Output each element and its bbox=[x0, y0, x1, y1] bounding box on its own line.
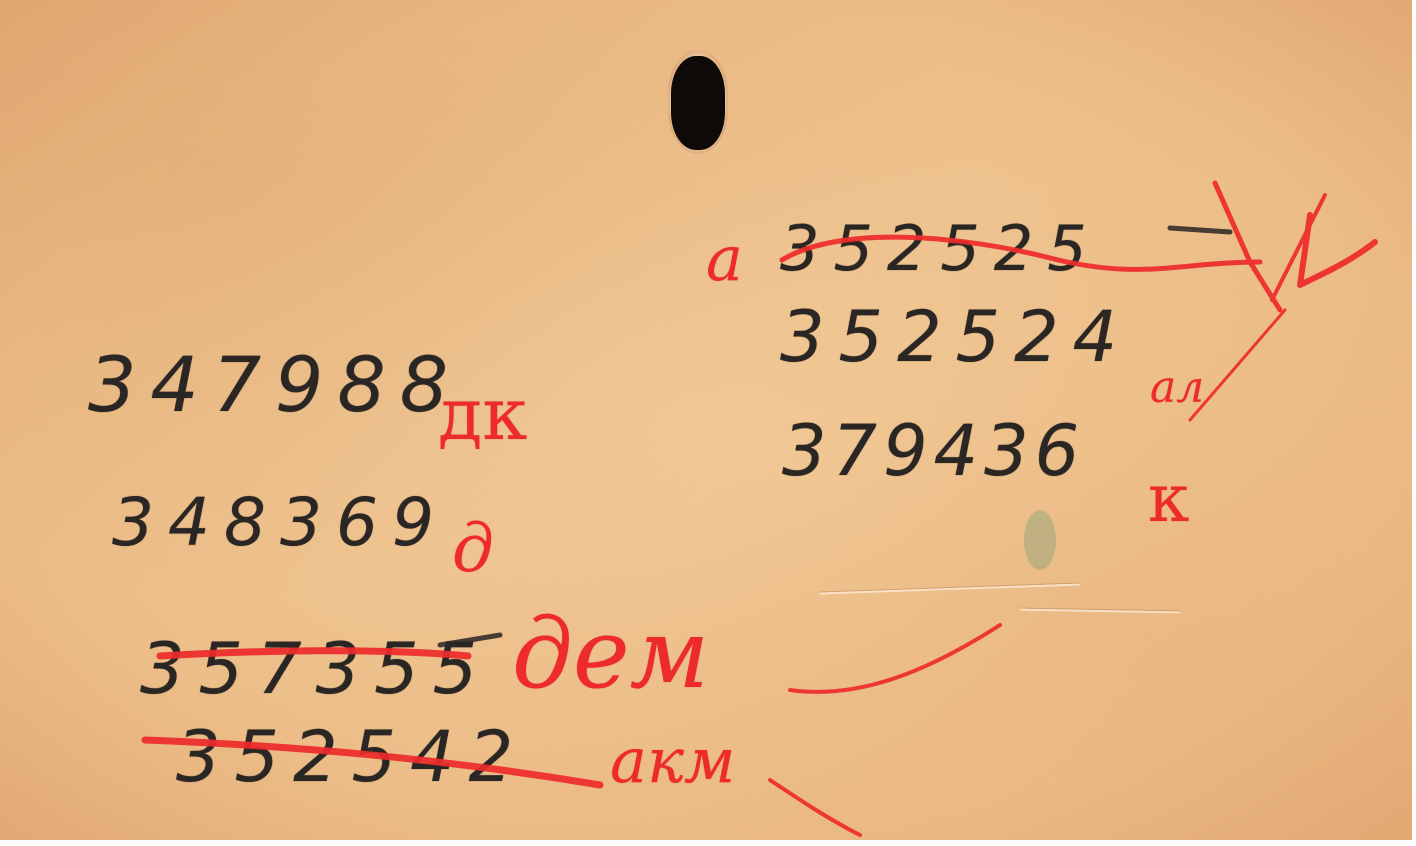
entry-annotation: д bbox=[452, 510, 494, 587]
entry-annotation: к bbox=[1148, 460, 1189, 537]
entry-annotation: акм bbox=[610, 724, 735, 797]
entry-number: 347988 bbox=[88, 340, 462, 429]
entry-number-struck: 352525 bbox=[780, 212, 1101, 285]
entry-annotation: ал bbox=[1150, 362, 1204, 413]
entry-annotation: дк bbox=[438, 372, 527, 456]
entry-number-struck: 352542 bbox=[176, 716, 527, 798]
entry-number: 379436 bbox=[782, 410, 1085, 492]
entry-number-struck: 357355 bbox=[140, 628, 491, 710]
punch-hole-opening bbox=[671, 56, 725, 150]
entry-annotation: дем bbox=[512, 598, 709, 710]
paper-crease bbox=[1020, 609, 1180, 614]
entry-prefix: a bbox=[706, 222, 743, 295]
entry-number: 352524 bbox=[780, 296, 1131, 378]
paper-crease bbox=[820, 583, 1080, 594]
entry-number: 348369 bbox=[112, 484, 448, 561]
index-card: a 352525 352524 ал 379436 к 347988 дк 34… bbox=[0, 0, 1412, 840]
